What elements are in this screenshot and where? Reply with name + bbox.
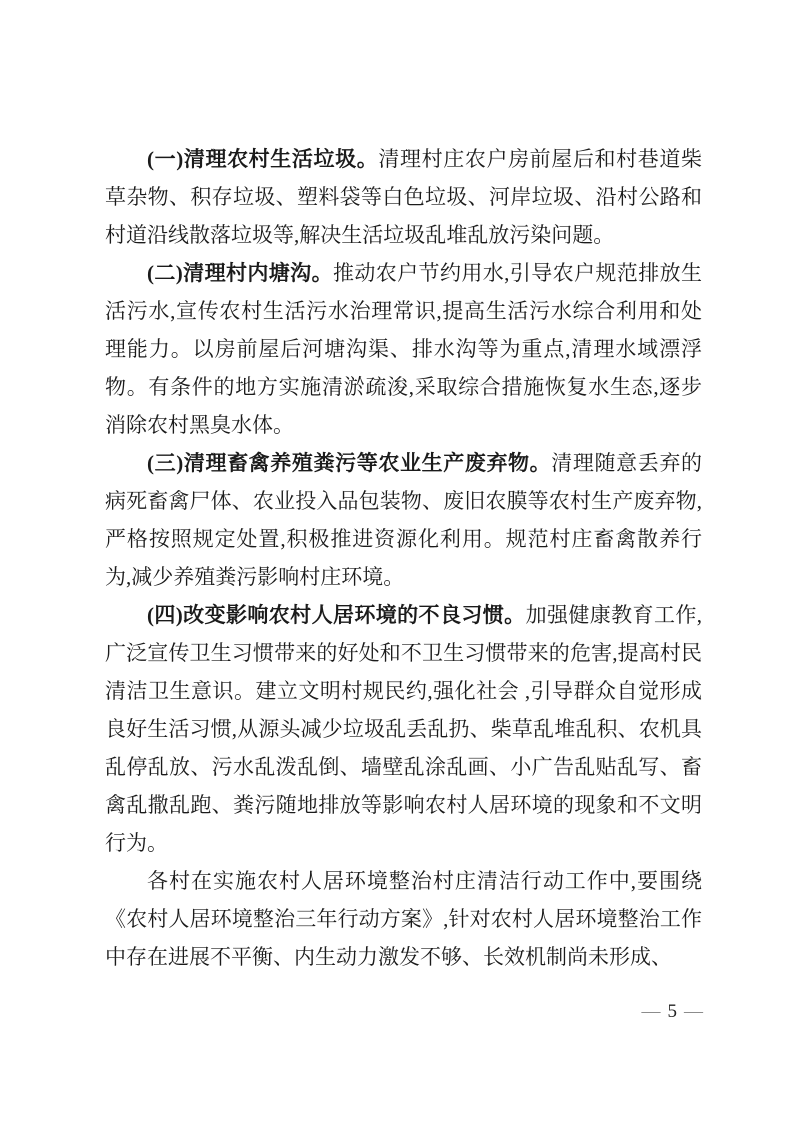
paragraph-4-heading: (四)改变影响农村人居环境的不良习惯。 — [147, 603, 526, 627]
page-footer: —5— — [642, 1000, 704, 1024]
paragraph-3: (三)清理畜禽养殖粪污等农业生产废弃物。清理随意丢弃的病死畜禽尸体、农业投入品包… — [105, 444, 702, 596]
footer-dash-left: — — [642, 1001, 661, 1022]
document-body: (一)清理农村生活垃圾。清理村庄农户房前屋后和村巷道柴草杂物、积存垃圾、塑料袋等… — [105, 140, 702, 976]
paragraph-5: 各村在实施农村人居环境整治村庄清洁行动工作中,要围绕《农村人居环境整治三年行动方… — [105, 862, 702, 976]
footer-dash-right: — — [684, 1001, 703, 1022]
paragraph-1-heading: (一)清理农村生活垃圾。 — [147, 147, 378, 171]
paragraph-1: (一)清理农村生活垃圾。清理村庄农户房前屋后和村巷道柴草杂物、积存垃圾、塑料袋等… — [105, 140, 702, 254]
paragraph-4-text: 加强健康教育工作,广泛宣传卫生习惯带来的好处和不卫生习惯带来的危害,提高村民清洁… — [105, 603, 702, 855]
paragraph-5-text: 各村在实施农村人居环境整治村庄清洁行动工作中,要围绕《农村人居环境整治三年行动方… — [105, 869, 702, 969]
paragraph-2: (二)清理村内塘沟。推动农户节约用水,引导农户规范排放生活污水,宣传农村生活污水… — [105, 254, 702, 444]
paragraph-3-heading: (三)清理畜禽养殖粪污等农业生产废弃物。 — [147, 451, 551, 475]
paragraph-2-heading: (二)清理村内塘沟。 — [147, 261, 333, 285]
document-page: (一)清理农村生活垃圾。清理村庄农户房前屋后和村巷道柴草杂物、积存垃圾、塑料袋等… — [0, 0, 793, 1122]
page-number: 5 — [668, 1001, 678, 1022]
paragraph-2-text: 推动农户节约用水,引导农户规范排放生活污水,宣传农村生活污水治理常识,提高生活污… — [105, 261, 702, 437]
paragraph-4: (四)改变影响农村人居环境的不良习惯。加强健康教育工作,广泛宣传卫生习惯带来的好… — [105, 596, 702, 862]
